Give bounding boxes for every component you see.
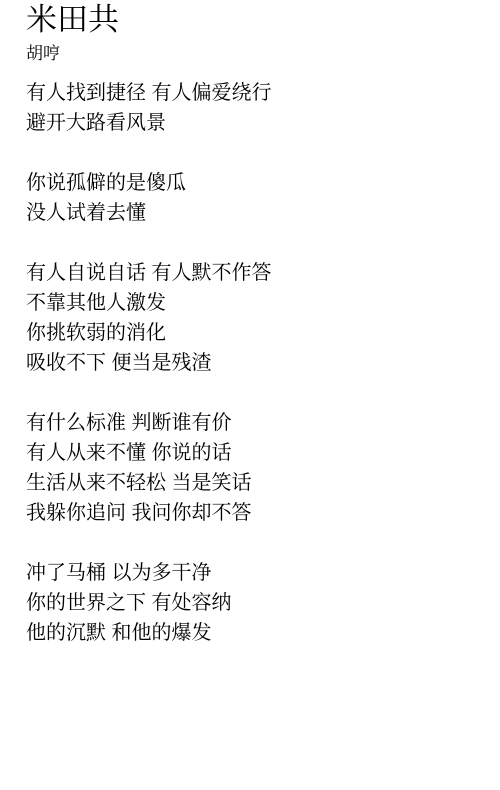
lyrics-page: { "page": { "background_color": "#ffffff… (0, 0, 500, 790)
lyric-line: 没人试着去懂 (26, 198, 490, 228)
lyric-line: 有人自说自话 有人默不作答 (26, 258, 490, 288)
lyrics-stanza: 有人自说自话 有人默不作答不靠其他人激发你挑软弱的消化吸收不下 便当是残渣 (26, 258, 490, 378)
lyrics-content: 米田共 胡哼 有人找到捷径 有人偏爱绕行避开大路看风景你说孤僻的是傻瓜没人试着去… (0, 0, 500, 648)
song-title: 米田共 (26, 2, 490, 38)
lyric-line: 你说孤僻的是傻瓜 (26, 168, 490, 198)
lyric-line: 生活从来不轻松 当是笑话 (26, 468, 490, 498)
lyrics-stanza: 你说孤僻的是傻瓜没人试着去懂 (26, 168, 490, 228)
lyrics-stanza: 有什么标准 判断谁有价有人从来不懂 你说的话生活从来不轻松 当是笑话我躲你追问 … (26, 408, 490, 528)
lyric-line: 我躲你追问 我问你却不答 (26, 498, 490, 528)
lyric-line: 你挑软弱的消化 (26, 318, 490, 348)
lyric-line: 避开大路看风景 (26, 108, 490, 138)
lyric-line: 吸收不下 便当是残渣 (26, 348, 490, 378)
lyric-line: 有人从来不懂 你说的话 (26, 438, 490, 468)
lyric-line: 不靠其他人激发 (26, 288, 490, 318)
lyrics-body: 有人找到捷径 有人偏爱绕行避开大路看风景你说孤僻的是傻瓜没人试着去懂有人自说自话… (26, 78, 490, 648)
artist-name: 胡哼 (26, 42, 490, 66)
lyric-line: 有人找到捷径 有人偏爱绕行 (26, 78, 490, 108)
lyric-line: 他的沉默 和他的爆发 (26, 618, 490, 648)
lyric-line: 冲了马桶 以为多干净 (26, 558, 490, 588)
lyric-line: 有什么标准 判断谁有价 (26, 408, 490, 438)
lyric-line: 你的世界之下 有处容纳 (26, 588, 490, 618)
lyrics-stanza: 冲了马桶 以为多干净你的世界之下 有处容纳他的沉默 和他的爆发 (26, 558, 490, 648)
lyrics-stanza: 有人找到捷径 有人偏爱绕行避开大路看风景 (26, 78, 490, 138)
